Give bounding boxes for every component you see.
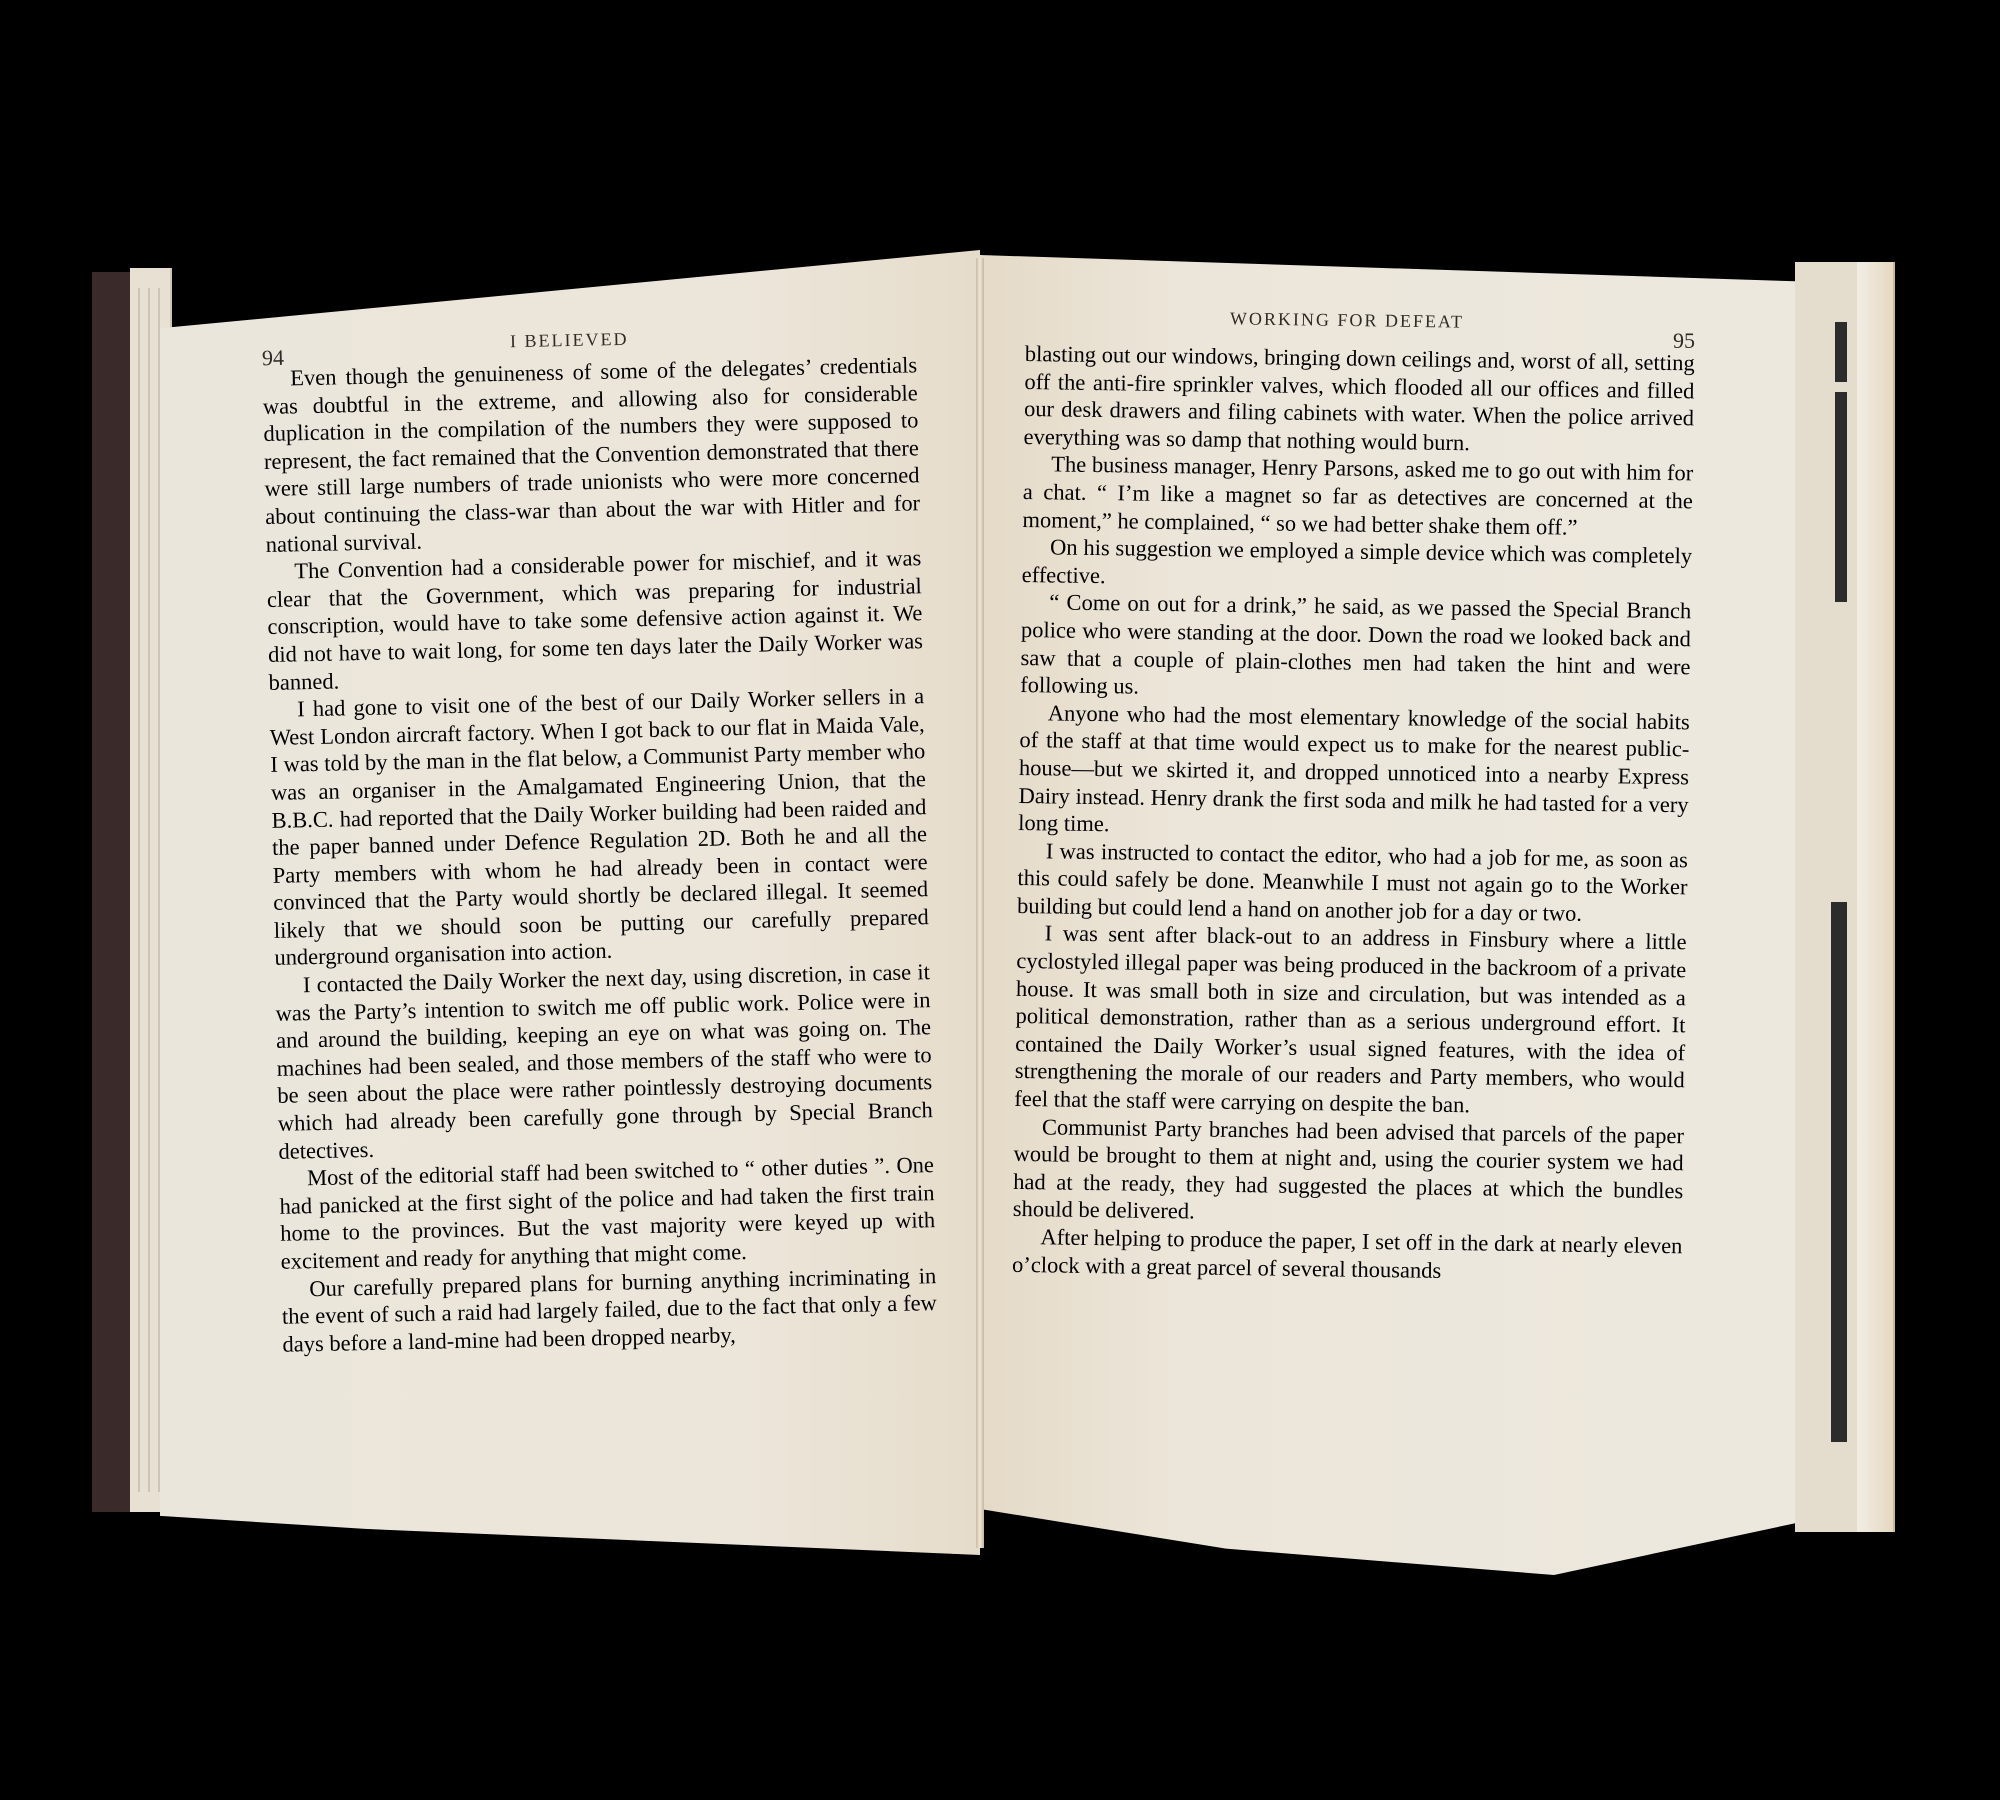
paragraph: Even though the genuineness of some of t… — [262, 351, 921, 558]
book-cover-left — [92, 272, 135, 1512]
left-running-head: I BELIEVED — [510, 329, 629, 352]
paragraph: Anyone who had the most elementary knowl… — [1018, 699, 1690, 846]
paragraph: On his suggestion we employed a simple d… — [1022, 533, 1693, 598]
paragraph: “ Come on out for a drink,” he said, as … — [1020, 588, 1691, 708]
paragraph: blasting out our windows, bringing down … — [1023, 340, 1694, 460]
paragraph: Most of the editorial staff had been swi… — [279, 1151, 936, 1275]
paragraph: I was sent after black-out to an address… — [1014, 919, 1687, 1121]
paragraph: I was instructed to contact the editor, … — [1017, 837, 1688, 929]
paragraph: I contacted the Daily Worker the next da… — [275, 958, 934, 1165]
paragraph: Communist Party branches had been advise… — [1013, 1113, 1684, 1233]
paragraph: The business manager, Henry Parsons, ask… — [1022, 450, 1693, 542]
book-cover-right — [1857, 262, 1895, 1532]
book-gutter — [976, 258, 984, 1548]
paragraph: After helping to produce the paper, I se… — [1012, 1223, 1683, 1288]
right-page-body: blasting out our windows, bringing down … — [1012, 340, 1695, 1287]
open-book: 94 I BELIEVED WORKING FOR DEFEAT 95 Even… — [0, 0, 2000, 1800]
paragraph: Our carefully prepared plans for burning… — [281, 1262, 938, 1358]
right-running-head: WORKING FOR DEFEAT — [1230, 308, 1464, 332]
paragraph: The Convention had a considerable power … — [266, 544, 924, 696]
paragraph: I had gone to visit one of the best of o… — [269, 682, 930, 972]
left-page-body: Even though the genuineness of some of t… — [262, 351, 938, 1358]
page-stack-right — [1795, 262, 1895, 1532]
